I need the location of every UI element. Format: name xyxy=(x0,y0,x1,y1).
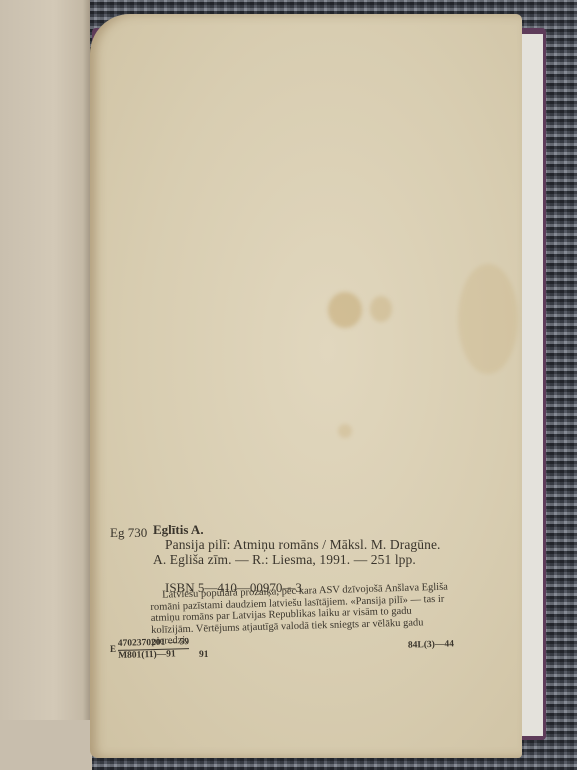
left-page xyxy=(0,0,90,770)
stain xyxy=(338,424,352,438)
publication-code-fraction: 4702370201 — 59 M801(11)—91 xyxy=(118,637,190,661)
left-page-bottom xyxy=(0,720,92,770)
class-code: Eg 730 xyxy=(110,525,147,541)
fraction-denominator: M801(11)—91 xyxy=(118,649,189,661)
code-prefix: E xyxy=(110,644,116,654)
stain xyxy=(328,292,362,328)
stain xyxy=(370,296,392,322)
fraction-suffix: 91 xyxy=(199,650,209,660)
bibliographic-description: Pansija pilī: Atmiņu romāns / Māksl. M. … xyxy=(153,538,453,567)
stain xyxy=(458,264,518,374)
annotation: Latviešu populārā prozaiķa, pēc kara ASV… xyxy=(150,582,451,648)
bbk-code: 84L(3)—44 xyxy=(408,639,454,650)
author: Eglītis A. xyxy=(153,522,204,538)
